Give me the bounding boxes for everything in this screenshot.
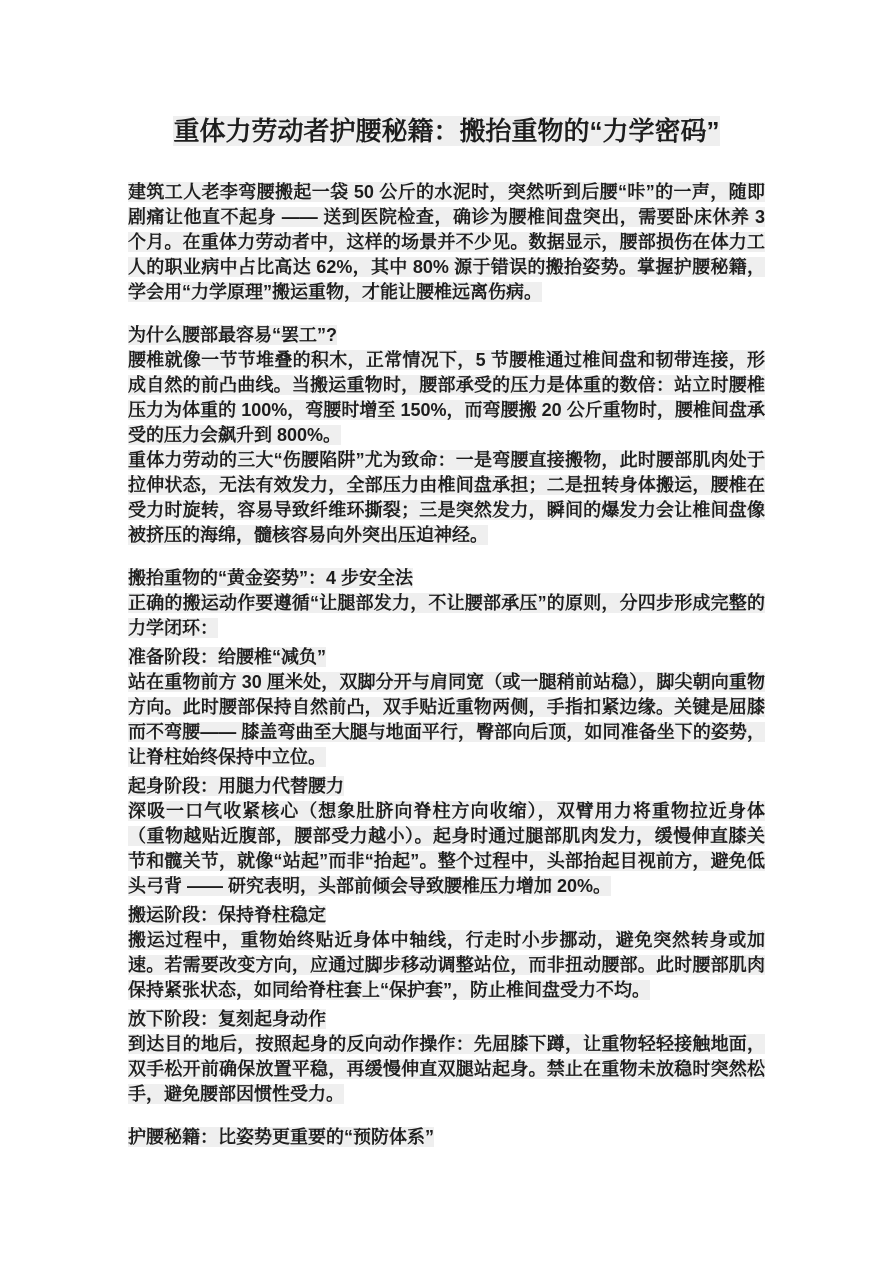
paragraph-text: 深吸一口气收紧核心（想象肚脐向脊柱方向收缩），双臂用力将重物拉近身体（重物越贴近… xyxy=(128,801,765,896)
paragraph-text: 搬运过程中，重物始终贴近身体中轴线，行走时小步挪动，避免突然转身或加速。若需要改… xyxy=(128,930,765,1000)
paragraph: 深吸一口气收紧核心（想象肚脐向脊柱方向收缩），双臂用力将重物拉近身体（重物越贴近… xyxy=(128,799,765,899)
phase-heading: 搬运阶段：保持脊柱稳定 xyxy=(128,903,765,928)
document-title-text: 重体力劳动者护腰秘籍：搬抬重物的“力学密码” xyxy=(173,116,719,146)
phase-heading-text: 起身阶段：用腿力代替腰力 xyxy=(128,776,344,796)
paragraph-text: 正确的搬运动作要遵循“让腿部发力，不让腰部承压”的原则，分四步形成完整的力学闭环… xyxy=(128,593,765,638)
document-title: 重体力劳动者护腰秘籍：搬抬重物的“力学密码” xyxy=(128,114,765,148)
paragraph: 重体力劳动的三大“伤腰陷阱”尤为致命：一是弯腰直接搬物，此时腰部肌肉处于拉伸状态… xyxy=(128,448,765,548)
paragraph: 站在重物前方 30 厘米处，双脚分开与肩同宽（或一腿稍前站稳），脚尖朝向重物方向… xyxy=(128,670,765,770)
paragraph-text: 站在重物前方 30 厘米处，双脚分开与肩同宽（或一腿稍前站稳），脚尖朝向重物方向… xyxy=(128,672,765,767)
paragraph-text: 腰椎就像一节节堆叠的积木，正常情况下，5 节腰椎通过椎间盘和韧带连接，形成自然的… xyxy=(128,350,765,445)
section-heading-text: 为什么腰部最容易“罢工”? xyxy=(128,325,337,345)
phase-heading-text: 准备阶段：给腰椎“减负” xyxy=(128,647,326,667)
paragraph-text: 建筑工人老李弯腰搬起一袋 50 公斤的水泥时，突然听到后腰“咔”的一声，随即剧痛… xyxy=(128,182,765,302)
phase-heading-text: 搬运阶段：保持脊柱稳定 xyxy=(128,905,326,925)
paragraph: 正确的搬运动作要遵循“让腿部发力，不让腰部承压”的原则，分四步形成完整的力学闭环… xyxy=(128,591,765,641)
paragraph: 到达目的地后，按照起身的反向动作操作：先屈膝下蹲，让重物轻轻接触地面，双手松开前… xyxy=(128,1032,765,1107)
paragraph: 搬运过程中，重物始终贴近身体中轴线，行走时小步挪动，避免突然转身或加速。若需要改… xyxy=(128,928,765,1003)
section-heading: 护腰秘籍：比姿势更重要的“预防体系” xyxy=(128,1125,765,1150)
section-heading: 搬抬重物的“黄金姿势”：4 步安全法 xyxy=(128,566,765,591)
document-page: 重体力劳动者护腰秘籍：搬抬重物的“力学密码” 建筑工人老李弯腰搬起一袋 50 公… xyxy=(0,0,893,1150)
paragraph: 腰椎就像一节节堆叠的积木，正常情况下，5 节腰椎通过椎间盘和韧带连接，形成自然的… xyxy=(128,348,765,448)
phase-heading: 准备阶段：给腰椎“减负” xyxy=(128,645,765,670)
section-heading-text: 护腰秘籍：比姿势更重要的“预防体系” xyxy=(128,1127,434,1147)
paragraph: 建筑工人老李弯腰搬起一袋 50 公斤的水泥时，突然听到后腰“咔”的一声，随即剧痛… xyxy=(128,180,765,305)
section-heading: 为什么腰部最容易“罢工”? xyxy=(128,323,765,348)
section-heading-text: 搬抬重物的“黄金姿势”：4 步安全法 xyxy=(128,568,413,588)
paragraph-text: 重体力劳动的三大“伤腰陷阱”尤为致命：一是弯腰直接搬物，此时腰部肌肉处于拉伸状态… xyxy=(128,450,765,545)
phase-heading: 起身阶段：用腿力代替腰力 xyxy=(128,774,765,799)
paragraph-text: 到达目的地后，按照起身的反向动作操作：先屈膝下蹲，让重物轻轻接触地面，双手松开前… xyxy=(128,1034,765,1104)
phase-heading-text: 放下阶段：复刻起身动作 xyxy=(128,1009,326,1029)
phase-heading: 放下阶段：复刻起身动作 xyxy=(128,1007,765,1032)
